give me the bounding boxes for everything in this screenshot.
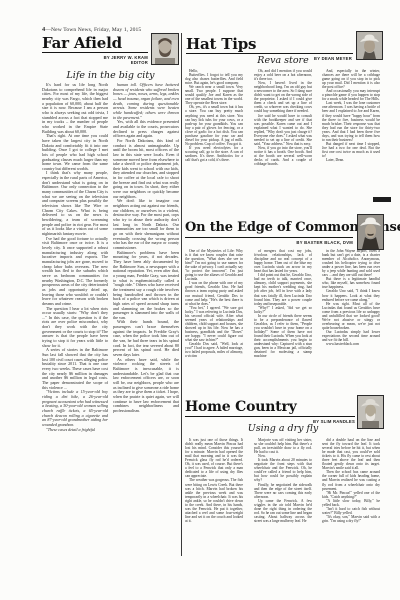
home-country-headline-rule <box>185 416 355 417</box>
far-afield-byline-name: BY JERRY W. KRAM <box>104 55 148 60</box>
edge-column-3: in the John Wayne airport, owns a bank b… <box>322 249 380 394</box>
hat-tips-column-1: Hello,Butterflies. I forgot to tell you … <box>185 69 243 211</box>
home-country-headline: Home Country <box>185 400 297 414</box>
edge-column-1: One of the Mysteries of Life: Why is it … <box>185 249 243 394</box>
white-cowboy-hat-man-portrait-icon <box>358 215 383 249</box>
masthead-text: —New Town News, Friday, May 1, 2015 <box>45 27 141 33</box>
page-header: 4—New Town News, Friday, May 1, 2015 <box>42 26 141 33</box>
far-afield-column-2: human toll. Officers have battered dozen… <box>113 83 179 530</box>
article-column-text: Oh, and did I mention if you would enjoy… <box>254 69 312 211</box>
far-afield-byline: BY JERRY W. KRAM EDITOR <box>42 55 148 66</box>
hat-tips-headline: Hat Tips <box>186 37 256 52</box>
far-afield-subtitle: Life in the big city <box>42 71 179 81</box>
newspaper-page: { "page_header": { "page_number": "4", "… <box>0 0 400 600</box>
far-afield-headline: Far Afield <box>42 36 122 51</box>
edge-byline: BY BAXTER BLACK, DVM <box>247 240 353 245</box>
article-column-text: Hello,Butterflies. I forgot to tell you … <box>185 69 243 211</box>
cowboy-hat-man-portrait-icon <box>357 32 382 59</box>
article-column-text: did a double haul on the line and sent t… <box>322 438 380 558</box>
home-country-column-3: did a double haul on the line and sent t… <box>322 438 380 558</box>
section-divider-rule <box>181 33 182 556</box>
article-column-text: And, especially in the winter, chances a… <box>322 69 380 211</box>
far-afield-column-1: It's hard for us life long North Dakotan… <box>42 83 108 530</box>
bearded-man-portrait-icon <box>152 34 178 64</box>
article-column-text: in the John Wayne airport, owns a bank b… <box>322 249 380 394</box>
hat-tips-column-3: And, especially in the winter, chances a… <box>322 69 380 211</box>
far-afield-headline-rule <box>42 52 148 53</box>
edge-column-2: of mergers that cost my jobs, frivolous … <box>254 249 312 394</box>
home-country-column-1: It was just one of those things. It didn… <box>185 438 243 558</box>
baxter-black-photo <box>357 214 384 250</box>
home-country-subtitle: Using a dry fly <box>186 424 380 434</box>
article-column-text: It was just one of those things. It didn… <box>185 438 243 558</box>
jerry-kram-photo <box>151 33 179 65</box>
article-column-text: It's hard for us life long North Dakotan… <box>42 83 108 530</box>
home-country-column-2: Marjorie was off visiting her sister, so… <box>254 438 312 558</box>
edge-headline-rule <box>185 237 353 238</box>
article-column-text: of mergers that cost my jobs, frivolous … <box>254 249 312 394</box>
end-of-column-slug <box>373 197 391 202</box>
article-column-text: One of the Mysteries of Life: Why is it … <box>185 249 243 394</box>
hat-tips-subtitle: Reva store <box>186 56 380 66</box>
far-afield-byline-title: EDITOR <box>131 60 148 65</box>
article-column-text: Marjorie was off visiting her sister, so… <box>254 438 312 558</box>
article-column-text: human toll. Officers have battered dozen… <box>113 83 179 530</box>
hat-tips-column-2: Oh, and did I mention if you would enjoy… <box>254 69 312 211</box>
